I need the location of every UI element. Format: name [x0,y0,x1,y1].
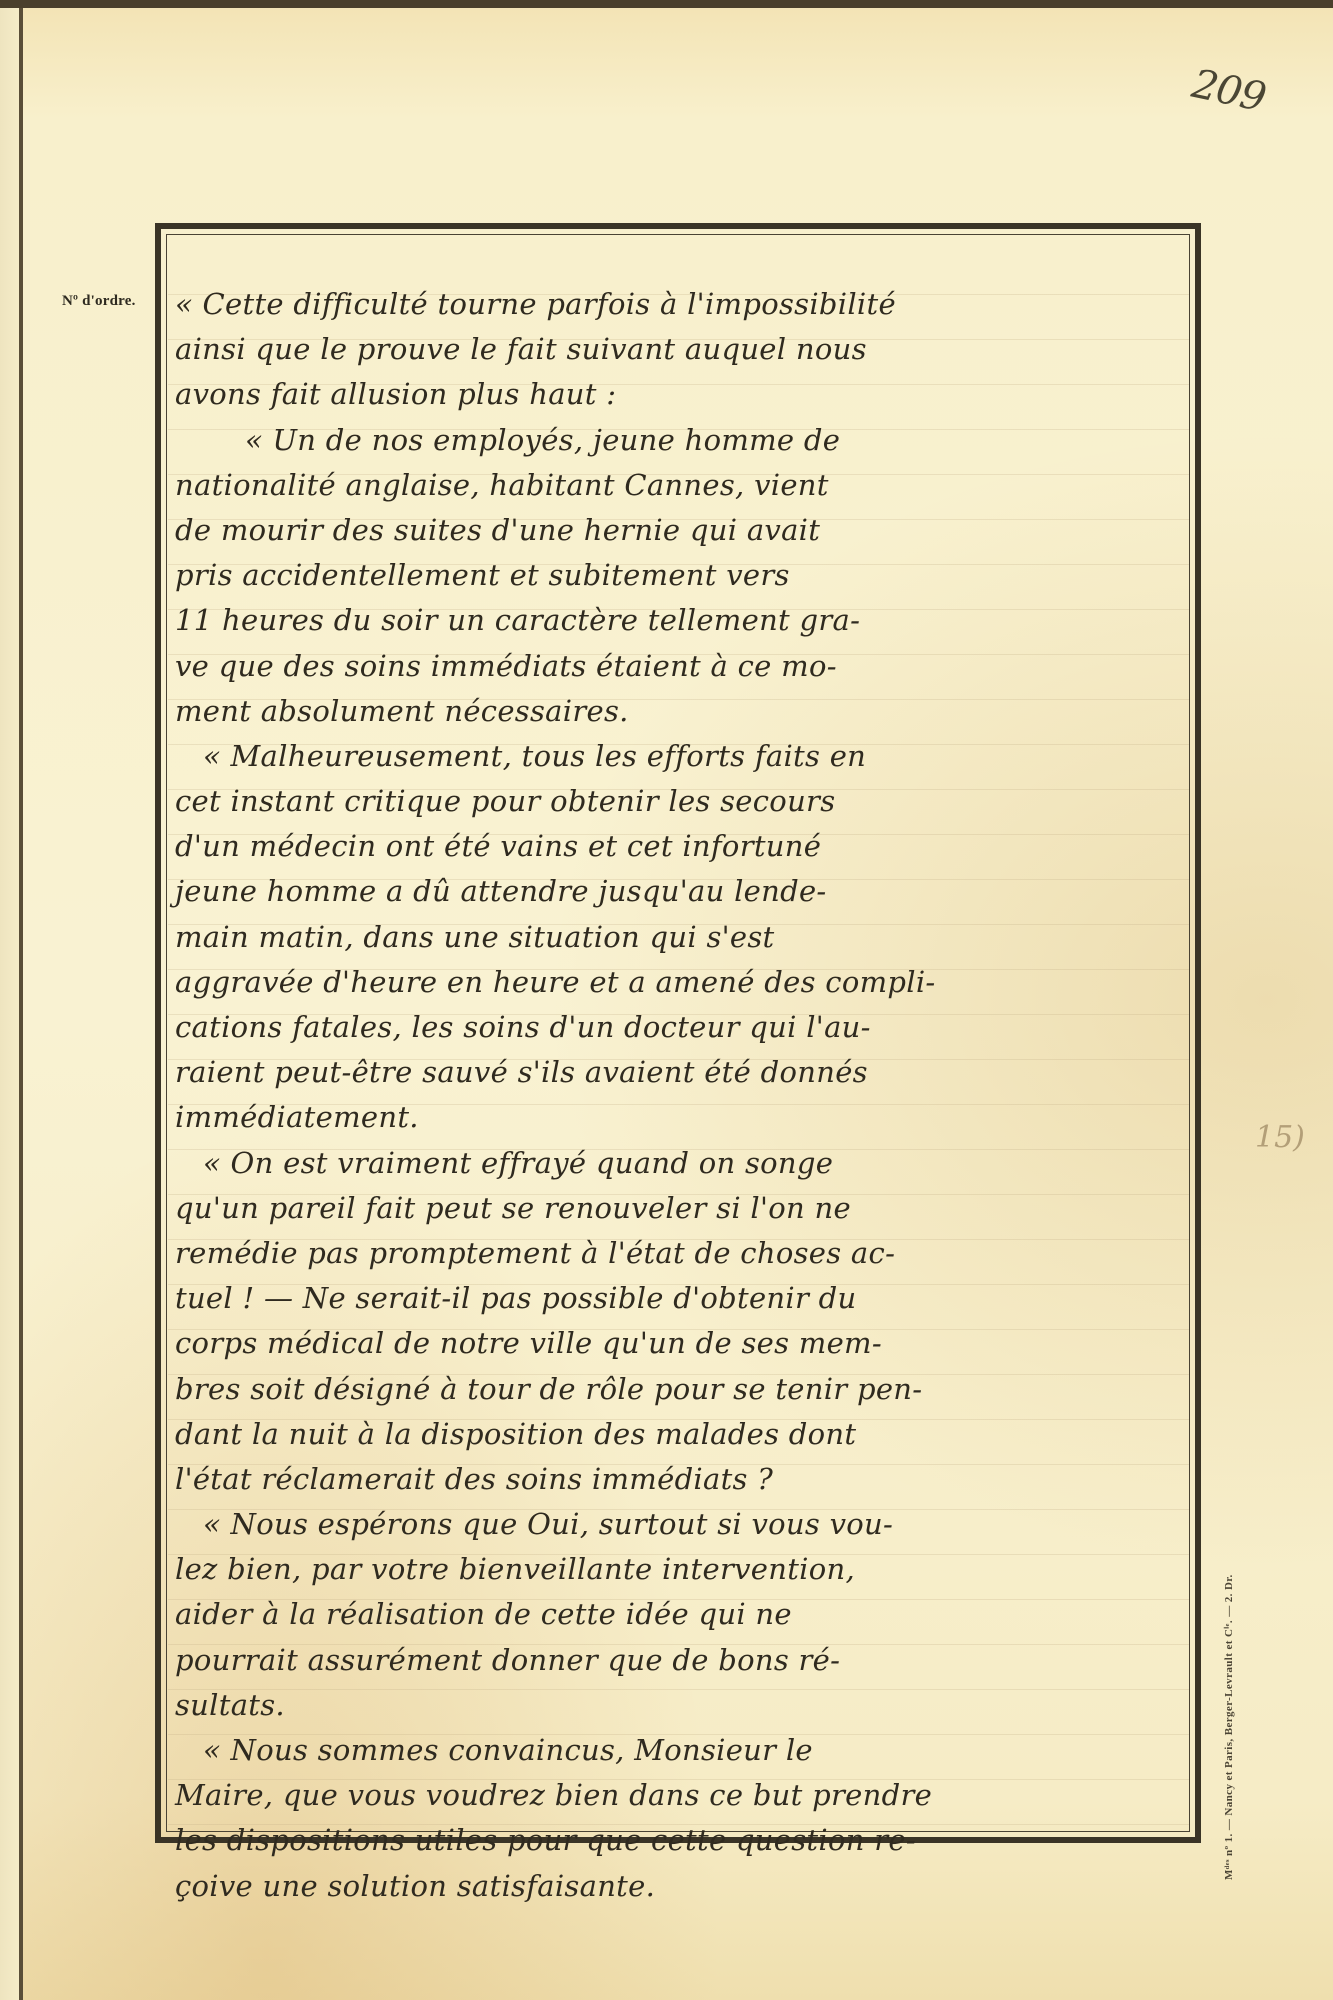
binding-shade [0,8,19,2000]
text-line: « Cette difficulté tourne parfois à l'im… [175,282,1185,327]
text-line: 11 heures du soir un caractère tellement… [175,598,1185,643]
text-line: nationalité anglaise, habitant Cannes, v… [175,463,1185,508]
text-line: jeune homme a dû attendre jusqu'au lende… [175,869,1185,914]
text-line: raient peut-être sauvé s'ils avaient été… [175,1050,1185,1095]
text-line: avons fait allusion plus haut : [175,372,1185,417]
text-line: qu'un pareil fait peut se renouveler si … [175,1186,1185,1231]
text-line: ainsi que le prouve le fait suivant auqu… [175,327,1185,372]
printer-imprint: Mᵈᵉˢ nº 1. — Nancy et Paris, Berger-Levr… [1222,1574,1235,1880]
margin-note: 15) [1255,1120,1305,1155]
manuscript-page: 209 Nº d'ordre. 15) « Cette difficulté t… [0,0,1333,2000]
page-number: 209 [1188,61,1269,121]
page-top-edge [0,0,1333,8]
text-line: aider à la réalisation de cette idée qui… [175,1592,1185,1637]
text-line: l'état réclamerait des soins immédiats ? [175,1457,1185,1502]
text-line: çoive une solution satisfaisante. [175,1864,1185,1909]
text-line: pris accidentellement et subitement vers [175,553,1185,598]
binding-line [19,8,23,2000]
text-line: « Un de nos employés, jeune homme de [175,418,1185,463]
text-line: lez bien, par votre bienveillante interv… [175,1547,1185,1592]
text-line: « Nous sommes convaincus, Monsieur le [175,1728,1185,1773]
text-line: ve que des soins immédiats étaient à ce … [175,644,1185,689]
text-line: dant la nuit à la disposition des malade… [175,1412,1185,1457]
text-line: immédiatement. [175,1095,1185,1140]
text-line: sultats. [175,1683,1185,1728]
text-line: cet instant critique pour obtenir les se… [175,779,1185,824]
text-line: aggravée d'heure en heure et a amené des… [175,960,1185,1005]
text-line: d'un médecin ont été vains et cet infort… [175,824,1185,869]
text-line: « On est vraiment effrayé quand on songe [175,1141,1185,1186]
text-line: remédie pas promptement à l'état de chos… [175,1231,1185,1276]
text-line: main matin, dans une situation qui s'est [175,915,1185,960]
handwritten-text: « Cette difficulté tourne parfois à l'im… [175,282,1185,1909]
text-line: pourrait assurément donner que de bons r… [175,1638,1185,1683]
text-line: corps médical de notre ville qu'un de se… [175,1321,1185,1366]
text-line: « Nous espérons que Oui, surtout si vous… [175,1502,1185,1547]
text-line: tuel ! — Ne serait-il pas possible d'obt… [175,1276,1185,1321]
text-line: les dispositions utiles pour que cette q… [175,1818,1185,1863]
text-line: cations fatales, les soins d'un docteur … [175,1005,1185,1050]
text-line: ment absolument nécessaires. [175,689,1185,734]
text-line: « Malheureusement, tous les efforts fait… [175,734,1185,779]
text-line: bres soit désigné à tour de rôle pour se… [175,1367,1185,1412]
text-line: de mourir des suites d'une hernie qui av… [175,508,1185,553]
order-number-label: Nº d'ordre. [62,293,136,310]
text-line: Maire, que vous voudrez bien dans ce but… [175,1773,1185,1818]
